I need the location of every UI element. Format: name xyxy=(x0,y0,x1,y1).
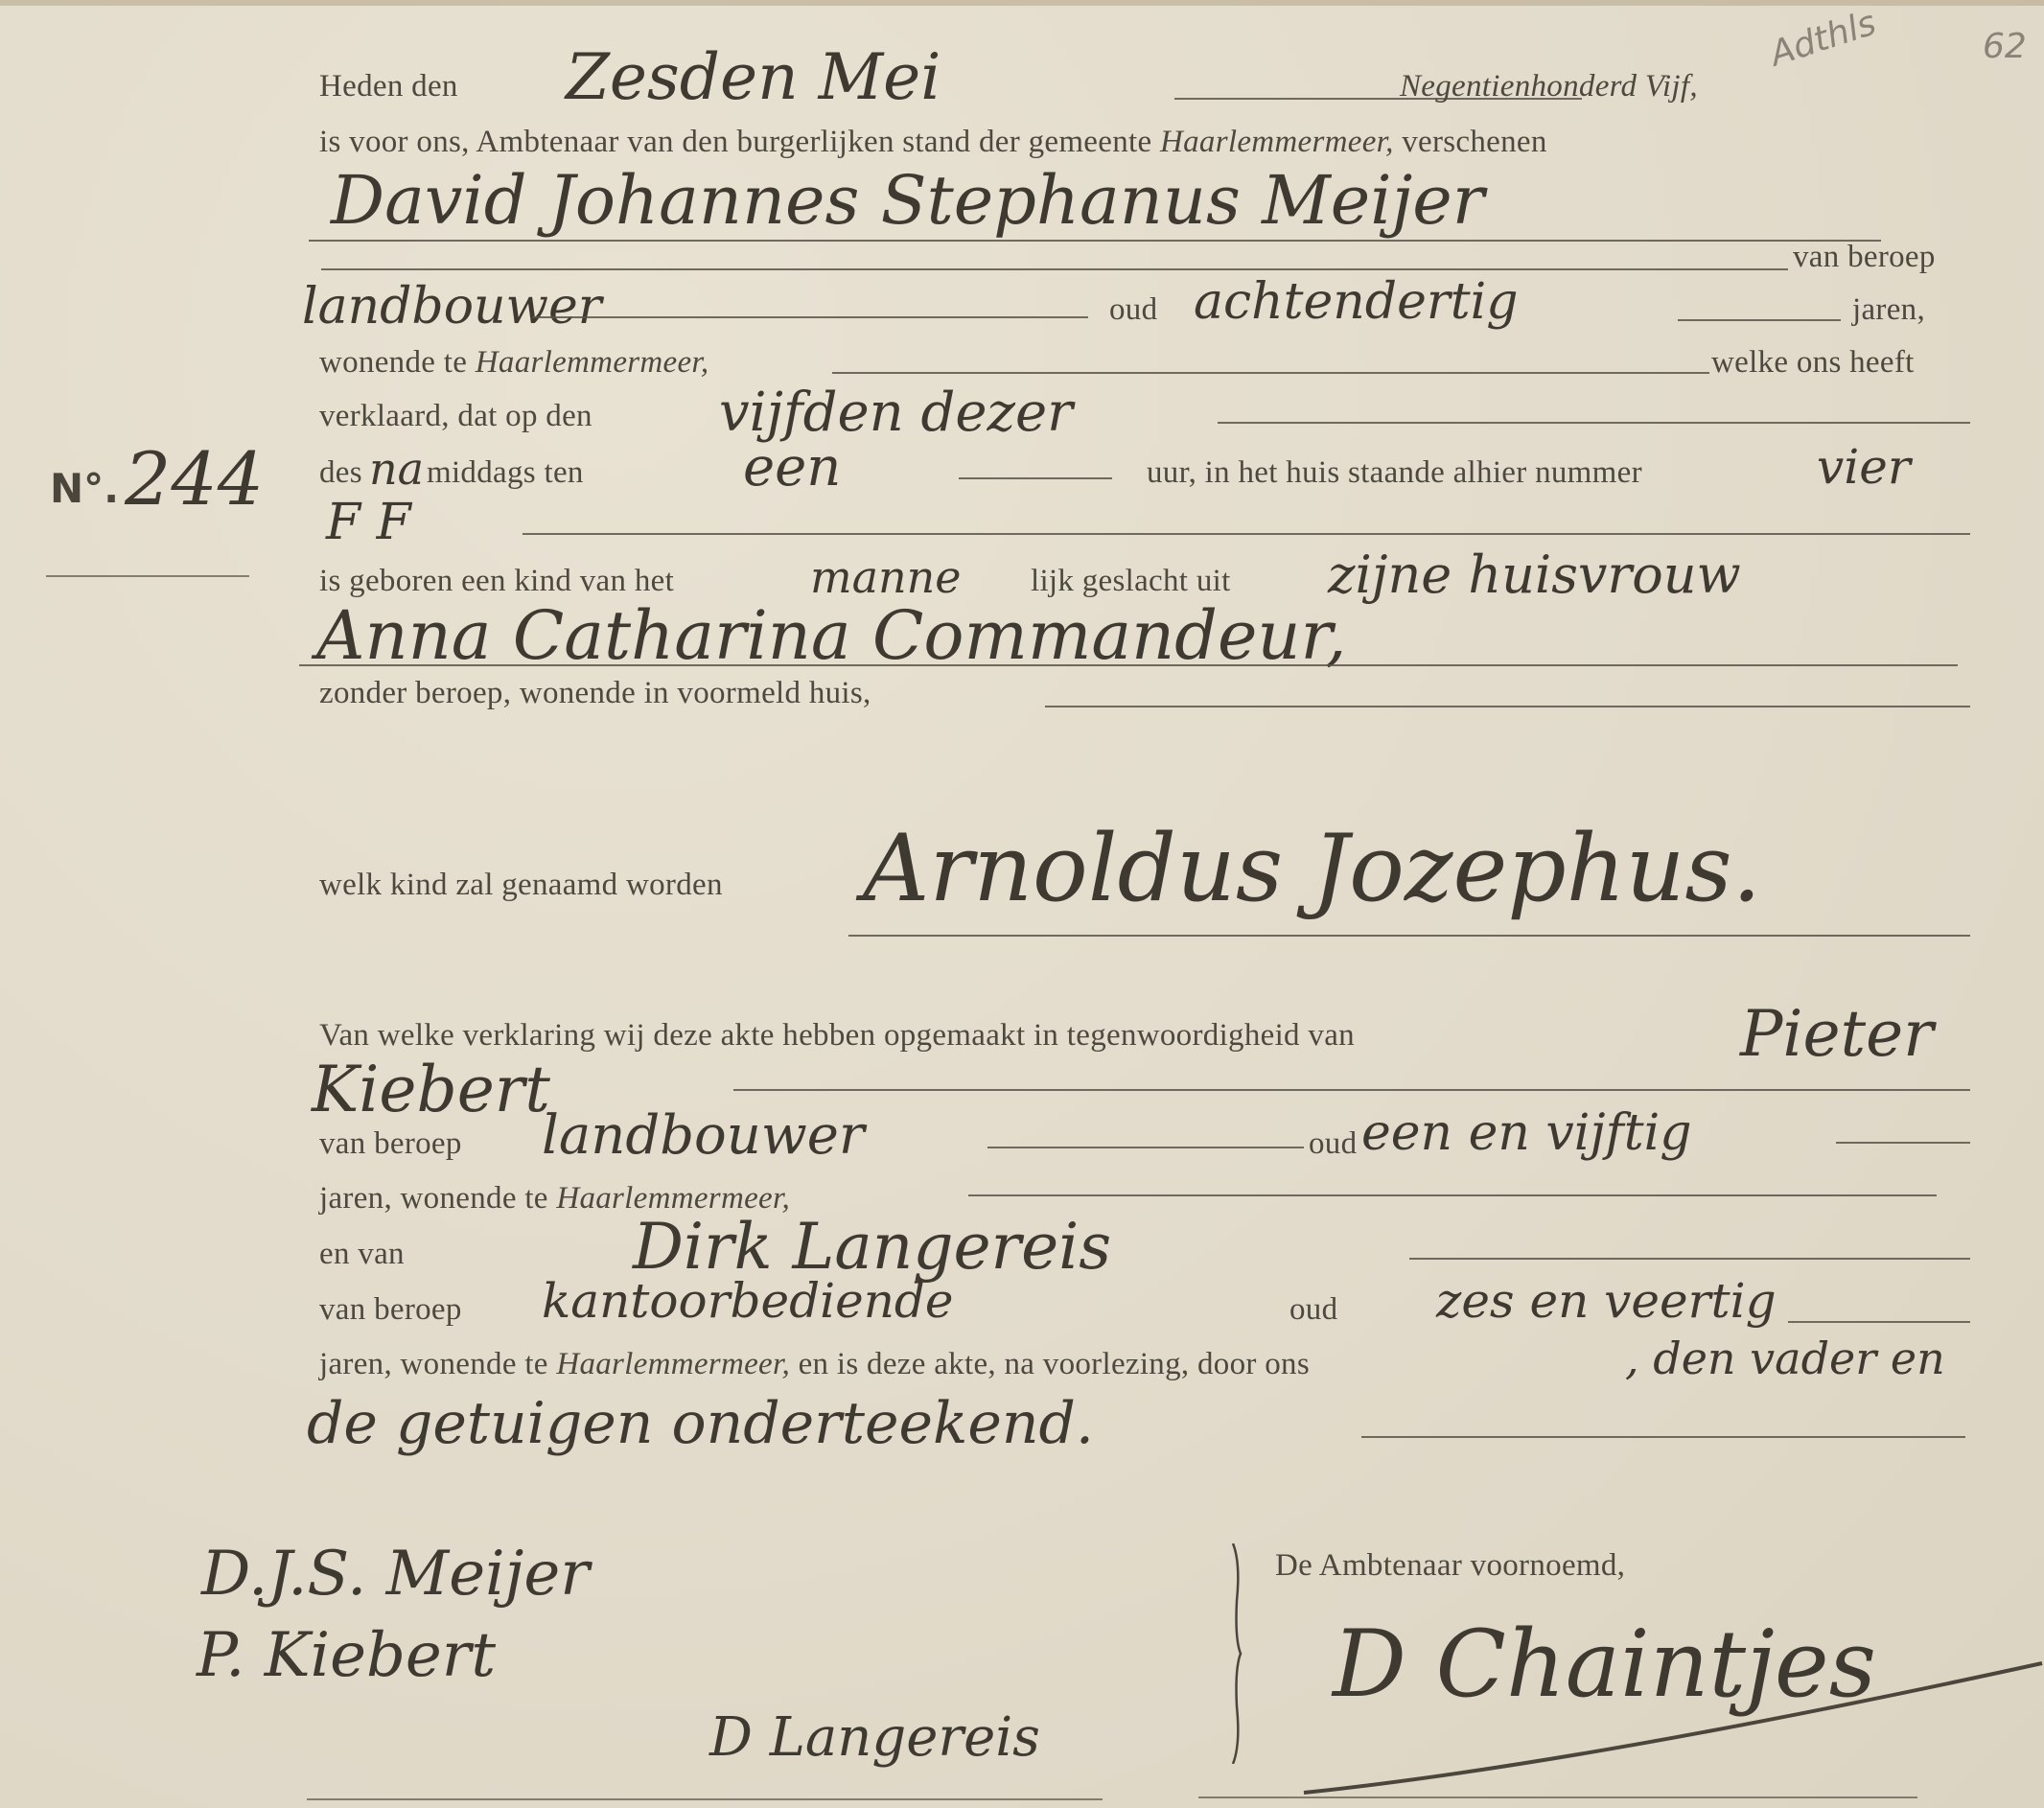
form-text: zonder beroep, wonende in voormeld huis, xyxy=(319,676,871,711)
fill-rule xyxy=(1045,706,1970,707)
form-text: wonende te Haarlemmermeer, xyxy=(319,345,708,381)
signature-rule xyxy=(307,1798,1103,1800)
form-text: uur, in het huis staande alhier nummer xyxy=(1147,455,1642,491)
form-text: jaren, wonende te Haarlemmermeer, en is … xyxy=(319,1347,1310,1382)
fill-rule xyxy=(733,1089,1970,1091)
fill-rule xyxy=(532,316,1088,318)
hand-child-name: Arnoldus Jozephus. xyxy=(863,815,1761,922)
fill-rule xyxy=(968,1194,1937,1196)
hand-signers: , den vader en xyxy=(1625,1333,1945,1384)
fill-rule xyxy=(523,533,1970,535)
act-number-value: 244 xyxy=(125,436,264,522)
hand-witness1-age: een en vijftig xyxy=(1361,1104,1692,1162)
form-text: oud xyxy=(1309,1126,1357,1162)
form-text: welke ons heeft xyxy=(1711,345,1915,381)
form-text: van beroep xyxy=(1793,240,1936,275)
form-text: Heden den xyxy=(319,69,458,104)
hand-father-occupation: landbouwer xyxy=(302,278,602,336)
form-text: lijk geslacht uit xyxy=(1031,564,1231,599)
fill-rule xyxy=(1218,422,1970,424)
act-number-label: N°. xyxy=(50,465,119,512)
form-text: oud xyxy=(1289,1292,1337,1328)
hand-birth-day: vijfden dezer xyxy=(719,382,1073,444)
hand-house-letters: F F xyxy=(326,494,411,551)
hand-witness1-first: Pieter xyxy=(1740,997,1934,1071)
fill-rule xyxy=(299,664,1958,666)
page-number: 62 xyxy=(1983,27,2027,66)
page-top-edge xyxy=(0,0,2044,6)
hand-signed-text: de getuigen onderteekend. xyxy=(307,1390,1094,1457)
form-text: jaren, xyxy=(1852,292,1925,328)
hand-mother-name: Anna Catharina Commandeur, xyxy=(316,596,1346,675)
form-text: Van welke verklaring wij deze akte hebbe… xyxy=(319,1018,1355,1054)
fill-rule xyxy=(1836,1142,1970,1144)
fill-rule xyxy=(1409,1258,1970,1260)
signature-witness1: P. Kiebert xyxy=(197,1620,496,1691)
form-text: des xyxy=(319,455,362,491)
fill-rule xyxy=(309,240,1881,242)
hand-relation: zijne huisvrouw xyxy=(1328,545,1741,605)
signature-father: D.J.S. Meijer xyxy=(201,1539,590,1610)
official-label: De Ambtenaar voornoemd, xyxy=(1275,1548,1625,1584)
form-text: oud xyxy=(1109,292,1157,328)
fill-rule xyxy=(959,477,1112,479)
form-text: van beroep xyxy=(319,1126,462,1162)
hand-witness1-occupation: landbouwer xyxy=(542,1104,865,1167)
form-text: en van xyxy=(319,1237,405,1272)
brace-divider xyxy=(1231,1543,1244,1764)
fill-rule xyxy=(1788,1321,1970,1323)
fill-rule xyxy=(1361,1436,1965,1438)
hand-witness2-age: zes en veertig xyxy=(1436,1273,1777,1329)
hand-date: Zesden Mei xyxy=(566,40,941,114)
form-text: verklaard, dat op den xyxy=(319,399,592,434)
fill-rule xyxy=(1678,319,1841,321)
hand-house-number: vier xyxy=(1817,439,1911,495)
form-text: is voor ons, Ambtenaar van den burgerlij… xyxy=(319,125,1547,160)
form-text: welk kind zal genaamd worden xyxy=(319,868,723,903)
fill-rule xyxy=(832,372,1709,374)
hand-witness1-last: Kiebert xyxy=(312,1053,550,1126)
hand-father-name: David Johannes Stephanus Meijer xyxy=(331,161,1484,240)
official-signature-rule xyxy=(1198,1796,1917,1798)
hand-witness2-occupation: kantoorbediende xyxy=(542,1273,954,1329)
hand-sex: manne xyxy=(810,551,962,603)
fill-rule xyxy=(848,935,1970,937)
hand-ampm: na xyxy=(369,443,424,495)
form-text-year: Negentienhonderd Vijf, xyxy=(1400,69,1698,104)
act-number-rule xyxy=(46,575,249,577)
signature-flourish xyxy=(1294,1658,2044,1802)
hand-father-age: achtendertig xyxy=(1194,273,1519,331)
hand-hour: een xyxy=(743,436,841,498)
fill-rule xyxy=(987,1147,1304,1148)
form-text: van beroep xyxy=(319,1292,462,1328)
form-text: is geboren een kind van het xyxy=(319,564,674,599)
signature-witness2: D Langereis xyxy=(709,1706,1040,1769)
form-text: middags ten xyxy=(427,455,584,491)
fill-rule xyxy=(321,268,1788,270)
